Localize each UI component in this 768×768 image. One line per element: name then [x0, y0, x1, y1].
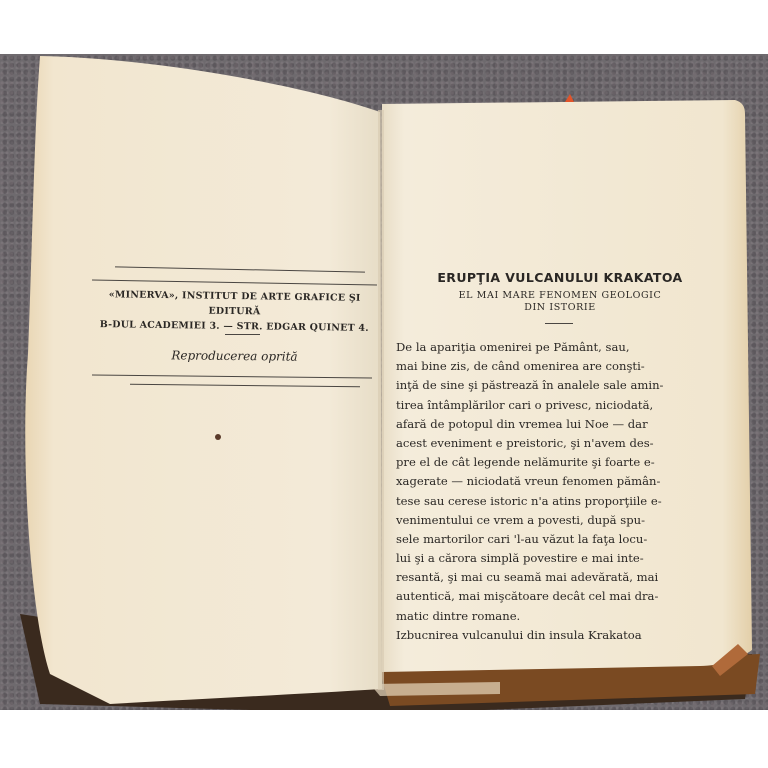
body-text: De la apariţia omenirei pe Pământ, sau, …	[396, 338, 718, 645]
imprint-line: «MINERVA», INSTITUT DE ARTE GRAFICE ŞI E…	[92, 287, 377, 321]
body-line: tese sau cerese istoric n'a atins propor…	[396, 492, 718, 511]
body-line: inţă de sine şi păstrează în analele sal…	[396, 376, 718, 395]
chapter-title: ERUPŢIA VULCANULUI KRAKATOA	[400, 270, 720, 285]
body-line: pre el de cât legende nelămurite şi foar…	[396, 453, 718, 472]
body-line: tirea întâmplărilor cari o privesc, nici…	[396, 396, 718, 415]
body-line: mai bine zis, de când omenirea are conşt…	[396, 357, 718, 376]
body-line: acest eveniment e preistoric, şi n'avem …	[396, 434, 718, 453]
divider	[545, 323, 573, 324]
body-line: xagerate — niciodată vreun fenomen pămân…	[396, 472, 718, 491]
body-line: afară de potopul din vremea lui Noe — da…	[396, 415, 718, 434]
reproduction-notice: Reproducerea oprită	[92, 348, 377, 365]
body-line: venimentului ce vrem a povesti, după spu…	[396, 511, 718, 530]
chapter-subtitle: EL MAI MARE FENOMEN GEOLOGIC DIN ISTORIE	[400, 290, 720, 314]
body-line: resantă, şi mai cu seamă mai adevărată, …	[396, 568, 718, 587]
left-page	[25, 56, 382, 704]
body-line: De la apariţia omenirei pe Pământ, sau,	[396, 338, 718, 357]
body-line: autentică, mai mişcătoare decât cel mai …	[396, 587, 718, 606]
subtitle-line: EL MAI MARE FENOMEN GEOLOGIC	[400, 290, 720, 302]
subtitle-line: DIN ISTORIE	[400, 302, 720, 314]
printer-imprint: «MINERVA», INSTITUT DE ARTE GRAFICE ŞI E…	[92, 287, 378, 336]
body-line: Izbucnirea vulcanului din insula Krakato…	[396, 626, 718, 645]
body-line: matic dintre romane.	[396, 607, 718, 626]
body-line: sele martorilor cari 'l-au văzut la faţa…	[396, 530, 718, 549]
body-line: lui şi a cărora simplă povestire e mai i…	[396, 549, 718, 568]
